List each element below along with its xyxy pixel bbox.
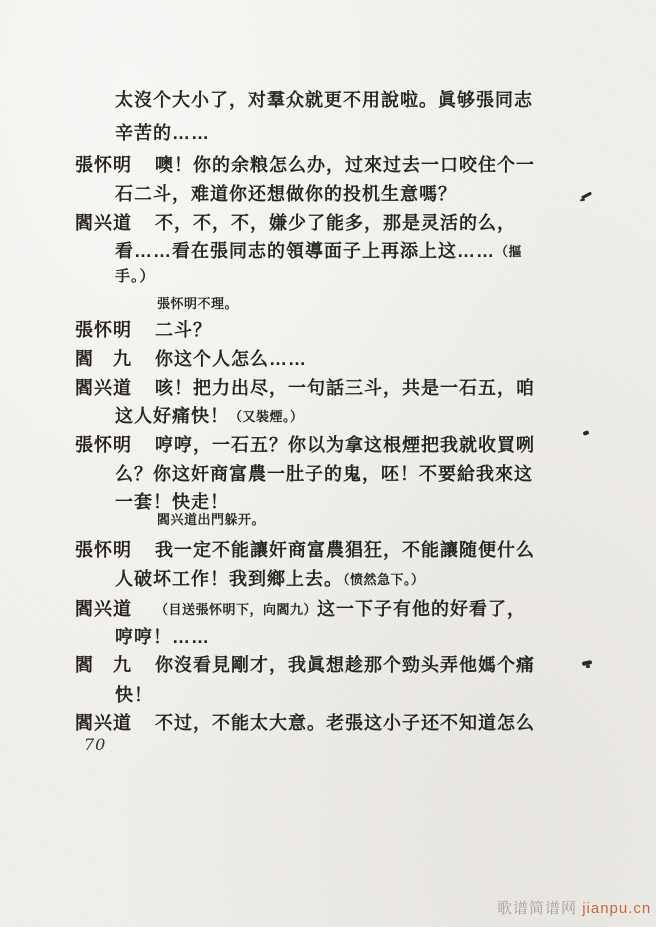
speaker-name: 閻 九 <box>75 345 155 371</box>
script-line: 哼哼！…… <box>115 623 210 649</box>
line-text: 这人好痛快！ <box>115 406 229 426</box>
speaker-name: 閻兴道 <box>75 209 155 235</box>
stage-text: 張怀明不理。 <box>157 296 238 311</box>
script-line: 辛苦的…… <box>115 119 210 145</box>
line-text: 我一定不能讓奸商富農猖狂，不能讓随便什么 <box>155 540 535 560</box>
script-line: 閻兴道咳！把力出尽，一句話三斗，共是一石五，咱 <box>75 374 535 400</box>
stage-note: 手。） <box>115 268 156 285</box>
line-text: 么？你这奸商富農一肚子的鬼，呸！不要給我來这 <box>115 464 533 484</box>
stage-note: （愤然急下。） <box>343 572 425 587</box>
line-text: 哼哼，一石五？你以为拿这根煙把我就收買咧 <box>155 435 535 455</box>
script-line: 么？你这奸商富農一肚子的鬼，呸！不要給我來这 <box>115 460 533 486</box>
page-number: 70 <box>84 735 106 754</box>
script-line: 人破坏工作！我到鄉上去。（愤然急下。） <box>115 565 425 591</box>
line-text: 辛苦的…… <box>115 123 210 143</box>
watermark: 歌谱简谱网 jianpu.cn <box>497 897 651 918</box>
stage-direction: 張怀明不理。 <box>157 293 238 312</box>
line-text: 不，不，不，嫌少了能多，那是灵活的么， <box>155 213 516 233</box>
line-text: 二斗？ <box>155 320 212 340</box>
speaker-name: 張怀明 <box>75 151 155 177</box>
line-text: 你这个人怎么…… <box>155 349 307 369</box>
line-text: 不过，不能太大意。老張这小子还不知道怎么 <box>155 713 535 733</box>
stage-text: 閻兴道出門躲开。 <box>157 512 265 527</box>
script-line: 閻兴道（目送張怀明下，向閻九）这一下子有他的好看了， <box>75 595 526 621</box>
speaker-name: 閻兴道 <box>75 595 155 621</box>
line-text: 快！ <box>115 685 153 705</box>
script-line: 快！ <box>115 681 153 707</box>
speaker-name: 張怀明 <box>75 536 155 562</box>
line-text: 看……看在張同志的領導面子上再添上这…… <box>115 241 495 261</box>
speaker-name: 張怀明 <box>75 431 155 457</box>
stage-direction: 閻兴道出門躲开。 <box>157 509 265 528</box>
line-text: 太沒个大小了，对羣众就更不用說啦。眞够張同志 <box>115 90 533 110</box>
script-line: 閻兴道不过，不能太大意。老張这小子还不知道怎么 <box>75 709 535 735</box>
line-text: 石二斗，难道你还想做你的投机生意嗎？ <box>115 184 457 204</box>
speaker-name: 閻 九 <box>75 651 155 677</box>
speaker-name: 閻兴道 <box>75 374 155 400</box>
script-line: 看……看在張同志的領導面子上再添上这……（摳 <box>115 237 522 263</box>
script-line: 閻 九你沒看見剛才，我眞想趁那个勁头弄他媽个痛 <box>75 651 535 677</box>
line-text: 哼哼！…… <box>115 627 210 647</box>
line-text: 这一下子有他的好看了， <box>317 599 526 619</box>
script-line: 太沒个大小了，对羣众就更不用說啦。眞够張同志 <box>115 86 533 112</box>
script-line: 張怀明我一定不能讓奸商富農猖狂，不能讓随便什么 <box>75 536 535 562</box>
stage-note: （又裝煙。） <box>229 409 304 424</box>
speaker-name: 閻兴道 <box>75 709 155 735</box>
watermark-site-name: 歌谱简谱网 <box>497 900 577 917</box>
ink-speck <box>586 665 590 668</box>
script-line: 張怀明二斗？ <box>75 316 212 342</box>
script-line: 張怀明哼哼，一石五？你以为拿这根煙把我就收買咧 <box>75 431 535 457</box>
line-text: 咳！把力出尽，一句話三斗，共是一石五，咱 <box>155 378 535 398</box>
script-line: 这人好痛快！（又裝煙。） <box>115 402 304 428</box>
script-line: 張怀明噢！你的余粮怎么办，过來过去一口咬住个一 <box>75 151 535 177</box>
script-line: 閻 九你这个人怎么…… <box>75 345 307 371</box>
stage-note: （摳 <box>495 244 522 259</box>
line-text: 人破坏工作！我到鄉上去。 <box>115 569 343 589</box>
script-line: 石二斗，难道你还想做你的投机生意嗎？ <box>115 180 457 206</box>
stage-note: （目送張怀明下，向閻九） <box>155 602 317 617</box>
line-text: 噢！你的余粮怎么办，过來过去一口咬住个一 <box>155 155 535 175</box>
line-text: 你沒看見剛才，我眞想趁那个勁头弄他媽个痛 <box>155 655 535 675</box>
watermark-site-url[interactable]: jianpu.cn <box>582 900 651 917</box>
speaker-name: 張怀明 <box>75 316 155 342</box>
script-line: 閻兴道不，不，不，嫌少了能多，那是灵活的么， <box>75 209 516 235</box>
script-line: 手。） <box>115 265 156 286</box>
